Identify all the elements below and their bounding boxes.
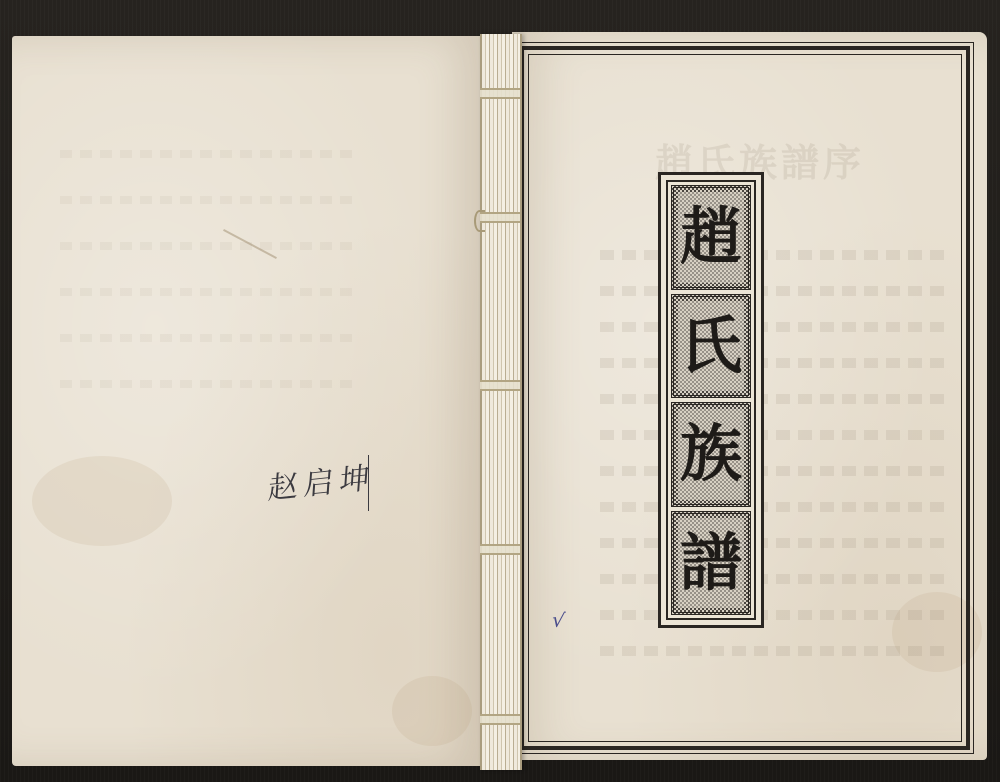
spine-stitch (480, 88, 520, 99)
book-spine (480, 34, 522, 770)
stain (32, 456, 172, 546)
spine-stitch (480, 380, 520, 391)
title-label: 趙 氏 族 譜 (658, 172, 764, 628)
title-cell: 族 (671, 402, 751, 507)
show-through-text-right (600, 250, 945, 682)
thread-loop (474, 210, 485, 232)
spine-stitch (480, 212, 520, 223)
title-cell: 譜 (671, 511, 751, 616)
title-char: 趙 (680, 206, 742, 268)
stain (392, 676, 472, 746)
title-char: 族 (680, 423, 742, 485)
title-label-inner: 趙 氏 族 譜 (666, 180, 756, 620)
spine-stitch (480, 714, 520, 725)
title-char: 譜 (680, 532, 742, 594)
title-cell: 氏 (671, 294, 751, 399)
spine-stitch (480, 544, 520, 555)
show-through-text-left (60, 150, 360, 426)
title-char: 氏 (680, 315, 742, 377)
signature-stroke (368, 455, 369, 511)
title-cell: 趙 (671, 185, 751, 290)
